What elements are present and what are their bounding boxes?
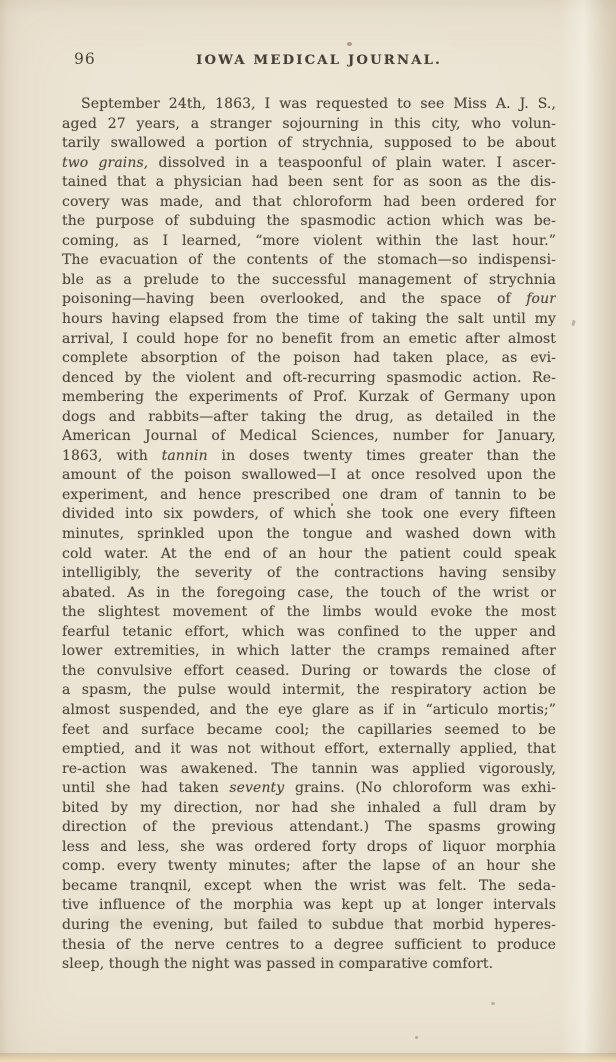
text-line: membering the experiments of Prof. Kurza… xyxy=(62,388,556,408)
text-line: direction of the previous attendant.) Th… xyxy=(62,818,556,838)
text-line: until she had taken seventy grains. (No … xyxy=(62,779,556,799)
text-line: September 24th, 1863, I was requested to… xyxy=(62,95,556,115)
text-line: denced by the violent and oft-recurring … xyxy=(62,369,556,389)
text-line: abated. As in the foregoing case, the to… xyxy=(62,584,556,604)
text-line: a spasm, the pulse would intermit, the r… xyxy=(62,681,556,701)
text-line: thesia of the nerve centres to a degree … xyxy=(62,936,556,956)
text-line: bited by my direction, nor had she inhal… xyxy=(62,799,556,819)
text-line: lower extremities, in which latter the c… xyxy=(62,642,556,662)
text-line: feet and surface became cool; the capill… xyxy=(62,721,556,741)
text-line: sleep, though the night was passed in co… xyxy=(62,955,556,975)
text-line: less and less, she was ordered forty dro… xyxy=(62,838,556,858)
text-line: became tranqnil, except when the wrist w… xyxy=(62,877,556,897)
text-line: minutes, sprinkled upon the tongue and w… xyxy=(62,525,556,545)
text-line: poisoning—having been overlooked, and th… xyxy=(62,290,556,310)
text-line: The evacuation of the contents of the st… xyxy=(62,251,556,271)
text-line: divided into six powders, of which she t… xyxy=(62,505,556,525)
text-line: 1863, with tannin in doses twenty times … xyxy=(62,447,556,467)
paper-speck xyxy=(415,1036,418,1039)
text-line: the purpose of subduing the spasmodic ac… xyxy=(62,212,556,232)
text-line: tive influence of the morphia was kept u… xyxy=(62,896,556,916)
text-line: comp. every twenty minutes; after the la… xyxy=(62,857,556,877)
text-line: arrival, I could hope for no benefit fro… xyxy=(62,330,556,350)
text-line: American Journal of Medical Sciences, nu… xyxy=(62,427,556,447)
text-line: almost suspended, and the eye glare as i… xyxy=(62,701,556,721)
text-line: dogs and rabbits—after taking the drug, … xyxy=(62,408,556,428)
text-line: intelligibly, the severity of the contra… xyxy=(62,564,556,584)
page-crease xyxy=(560,0,616,1062)
text-line: re-action was awakened. The tannin was a… xyxy=(62,760,556,780)
text-line: amount of the poison swallowed—I at once… xyxy=(62,466,556,486)
text-line: the convulsive effort ceased. During or … xyxy=(62,662,556,682)
text-line: coming, as I learned, “more violent with… xyxy=(62,232,556,252)
scanned-journal-page: 96 IOWA MEDICAL JOURNAL. September 24th,… xyxy=(0,0,616,1062)
body-text-block: September 24th, 1863, I was requested to… xyxy=(62,95,556,975)
text-line: complete absorption of the poison had ta… xyxy=(62,349,556,369)
text-line: emptied, and it was not without effort, … xyxy=(62,740,556,760)
journal-running-header: IOWA MEDICAL JOURNAL. xyxy=(72,53,566,68)
text-line: experiment, and hence prescribed one dra… xyxy=(62,486,556,506)
text-line: covery was made, and that chloroform had… xyxy=(62,193,556,213)
page-bottom-edge xyxy=(0,1053,616,1062)
text-line: two grains, dissolved in a teaspoonful o… xyxy=(62,154,556,174)
text-line: tained that a physician had been sent fo… xyxy=(62,173,556,193)
text-line: aged 27 years, a stranger sojourning in … xyxy=(62,115,556,135)
paper-speck xyxy=(347,42,352,46)
text-line: tarily swallowed a portion of strychnia,… xyxy=(62,134,556,154)
text-line: hours having elapsed from the time of ta… xyxy=(62,310,556,330)
text-line: fearful tetanic effort, which was confin… xyxy=(62,623,556,643)
text-line: cold water. At the end of an hour the pa… xyxy=(62,545,556,565)
margin-ink-mark xyxy=(571,320,575,327)
text-line: the slightest movement of the limbs woul… xyxy=(62,603,556,623)
paper-speck xyxy=(491,1002,495,1005)
text-line: during the evening, but failed to subdue… xyxy=(62,916,556,936)
text-line: ble as a prelude to the successful manag… xyxy=(62,271,556,291)
